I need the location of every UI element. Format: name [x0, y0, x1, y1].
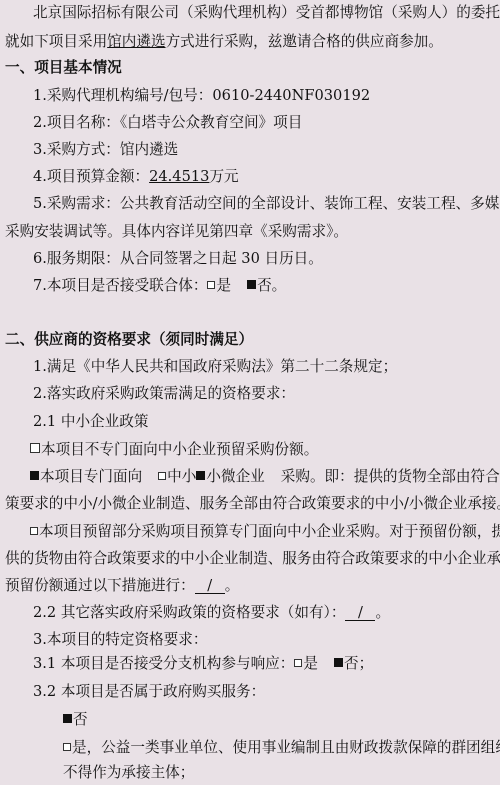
- checkbox-checked-icon: [247, 280, 256, 289]
- s1-item-5-line-1: 5.采购需求：公共教育活动空间的全部设计、装饰工程、安装工程、多媒体: [33, 195, 500, 213]
- s1-item-1: 1.采购代理机构编号/包号：0610-2440NF030192: [33, 87, 370, 105]
- s2-item-3-1: 3.1 本项目是否接受分支机构参与响应：是否；: [33, 655, 373, 673]
- checkbox-unchecked-icon: [207, 281, 215, 289]
- opt-dedicated: 本项目专门面向中小小微企业采购。即：提供的货物全部由符合政: [30, 468, 500, 486]
- checkbox-checked-icon: [30, 471, 39, 480]
- s2-item-1: 1.满足《中华人民共和国政府采购法》第二十二条规定；: [33, 358, 397, 376]
- consortium-no: 否。: [257, 277, 286, 294]
- opt-partial-line-3: 预留份额通过以下措施进行：/。: [5, 577, 239, 595]
- procurement-method-underlined: 馆内遴选: [107, 33, 165, 50]
- checkbox-unchecked-icon: [294, 659, 302, 667]
- intro-line-1: 北京国际招标有限公司（采购代理机构）受首都博物馆（采购人）的委托，: [33, 4, 500, 22]
- s1-item-7: 7.本项目是否接受联合体：是否。: [33, 277, 286, 295]
- checkbox-unchecked-icon: [30, 527, 38, 535]
- budget-unit: 万元: [209, 168, 238, 185]
- s2-item-3: 3.本项目的特定资格要求：: [33, 631, 207, 649]
- intro-line-2-pre: 就如下项目采用: [5, 33, 107, 50]
- s1-item-5-line-2: 采购安装调试等。具体内容详见第四章《采购需求》。: [5, 223, 348, 241]
- s2-item-2-2: 2.2 其它落实政府采购政策的资格要求（如有）：/。: [33, 604, 390, 622]
- opt-gov-service-yes: 是，公益一类事业单位、使用事业编制且由财政拨款保障的群团组织，: [63, 739, 500, 757]
- s1-item-3: 3.采购方式：馆内遴选: [33, 141, 178, 159]
- checkbox-unchecked-icon: [158, 472, 166, 480]
- section-1-title: 一、项目基本情况: [5, 59, 122, 77]
- section-2-title: 二、供应商的资格要求（须同时满足）: [5, 331, 253, 349]
- intro-line-2: 就如下项目采用馆内遴选方式进行采购，兹邀请合格的供应商参加。: [5, 33, 443, 51]
- s2-item-2: 2.落实政府采购政策需满足的资格要求：: [33, 385, 295, 403]
- s2-item-3-2: 3.2 本项目是否属于政府购买服务：: [33, 683, 265, 701]
- budget-amount: 24.4513: [149, 168, 209, 185]
- checkbox-unchecked-icon: [63, 743, 71, 751]
- s1-item-2: 2.项目名称：《白塔寺公众教育空间》项目: [33, 114, 302, 132]
- budget-label: 4.项目预算金额：: [33, 168, 149, 185]
- checkbox-checked-icon: [196, 471, 205, 480]
- s1-item-4: 4.项目预算金额：24.4513万元: [33, 168, 239, 186]
- consortium-yes: 是: [216, 277, 231, 294]
- opt-gov-service-yes-line-2: 不得作为承接主体；: [63, 764, 194, 782]
- intro-line-2-post: 方式进行采购，兹邀请合格的供应商参加。: [166, 33, 443, 50]
- opt-partial: 本项目预留部分采购项目预算专门面向中小企业采购。对于预留份额，提: [30, 523, 500, 541]
- other-policy-blank: /: [345, 606, 375, 621]
- s2-item-2-1: 2.1 中小企业政策: [33, 413, 148, 431]
- opt-gov-service-no: 否: [63, 711, 88, 729]
- reserved-measures-blank: /: [195, 579, 225, 594]
- opt-not-reserved: 本项目不专门面向中小企业预留采购份额。: [30, 441, 318, 459]
- checkbox-unchecked-icon: [30, 443, 40, 453]
- s1-item-6: 6.服务期限：从合同签署之日起 30 日历日。: [33, 250, 323, 268]
- opt-partial-line-2: 供的货物由符合政策要求的中小企业制造、服务由符合政策要求的中小企业承接。: [5, 550, 500, 568]
- consortium-label: 7.本项目是否接受联合体：: [33, 277, 207, 294]
- opt-dedicated-line-2: 策要求的中小/小微企业制造、服务全部由符合政策要求的中小/小微企业承接。: [5, 495, 500, 513]
- checkbox-checked-icon: [63, 714, 72, 723]
- checkbox-checked-icon: [334, 658, 343, 667]
